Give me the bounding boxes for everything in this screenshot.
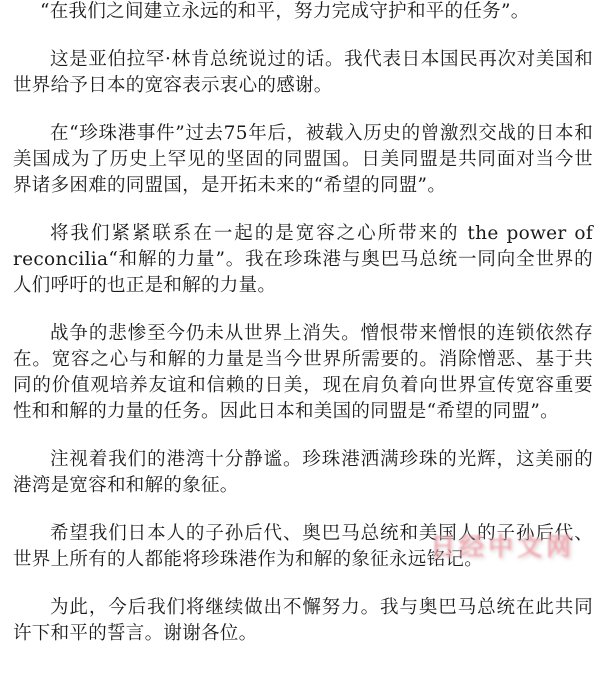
speech-document: “在我们之间建立永远的和平，努力完成守护和平的任务”。 这是亚伯拉罕·林肯总统说…: [13, 0, 593, 669]
paragraph-alliance: 在“珍珠港事件”过去75年后，被载入历史的曾激烈交战的日本和美国成为了历史上罕见…: [13, 121, 593, 199]
paragraph-closing: 为此，今后我们将继续做出不懈努力。我与奥巴马总统在此共同许下和平的誓言。谢谢各位…: [13, 595, 593, 647]
paragraph-war: 战争的悲惨至今仍未从世界上消失。憎恨带来憎恨的连锁依然存在。宽容之心与和解的力量…: [13, 321, 593, 425]
paragraph-reconciliation: 将我们紧紧联系在一起的是宽容之心所带来的 the power of reconc…: [13, 221, 593, 299]
paragraph-quote: “在我们之间建立永远的和平，努力完成守护和平的任务”。: [13, 0, 593, 25]
paragraph-harbor: 注视着我们的港湾十分静谧。珍珠港洒满珍珠的光辉，这美丽的港湾是宽容和和解的象征。: [13, 447, 593, 499]
paragraph-lincoln: 这是亚伯拉罕·林肯总统说过的话。我代表日本国民再次对美国和世界给予日本的宽容表示…: [13, 47, 593, 99]
watermark-logo: 日经中文网: [430, 527, 575, 563]
